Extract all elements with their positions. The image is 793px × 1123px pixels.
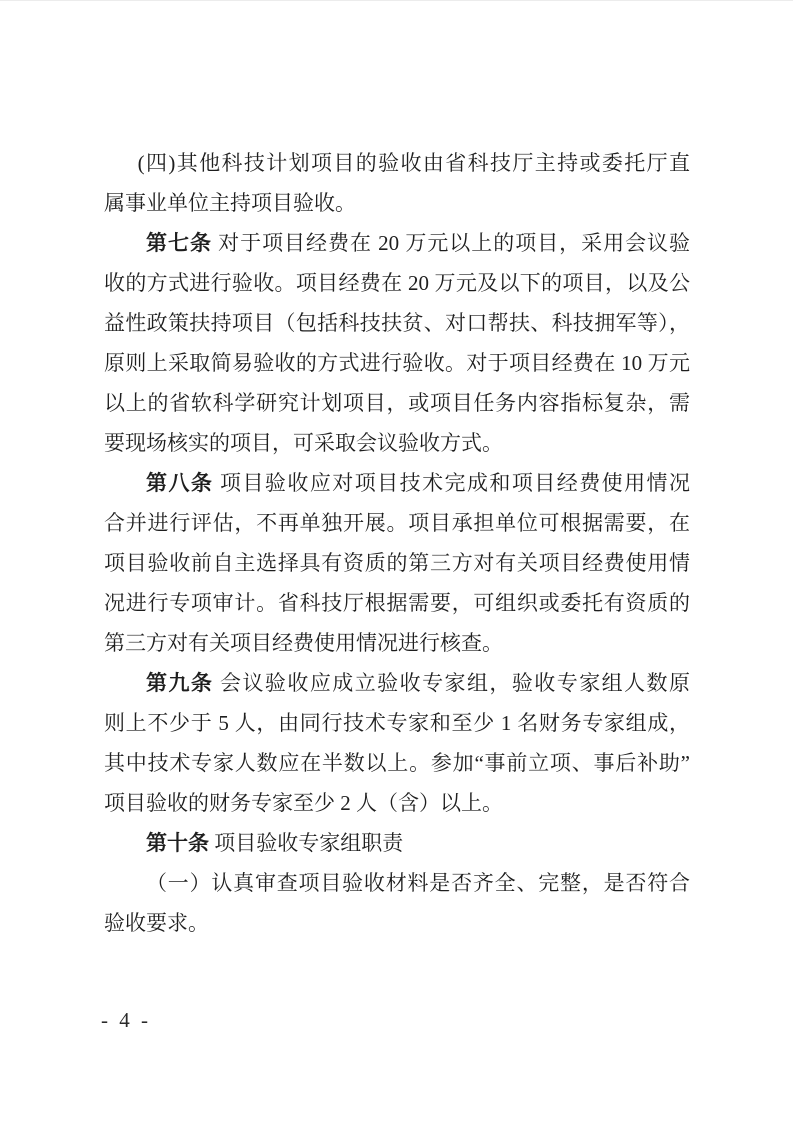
article-heading: 第八条 bbox=[146, 471, 213, 495]
text-line: 项目验收的财务专家至少 2 人（含）以上。 bbox=[104, 783, 690, 823]
text-segment: 其中技术专家人数应在半数以上。参加“事前立项、事后补助” bbox=[104, 751, 690, 775]
article-heading: 第九条 bbox=[146, 671, 213, 695]
text-segment: 况进行专项审计。省科技厅根据需要，可组织或委托有资质的 bbox=[104, 591, 690, 615]
document-body: (四)其他科技计划项目的验收由省科技厅主持或委托厅直属事业单位主持项目验收。第七… bbox=[104, 143, 690, 943]
text-line: 其中技术专家人数应在半数以上。参加“事前立项、事后补助” bbox=[104, 743, 690, 783]
text-segment: 属事业单位主持项目验收。 bbox=[104, 191, 356, 215]
text-line: 况进行专项审计。省科技厅根据需要，可组织或委托有资质的 bbox=[104, 583, 690, 623]
text-line: 合并进行评估，不再单独开展。项目承担单位可根据需要，在 bbox=[104, 503, 690, 543]
text-line: （一）认真审查项目验收材料是否齐全、完整，是否符合 bbox=[104, 863, 690, 903]
text-segment: (四)其他科技计划项目的验收由省科技厅主持或委托厅直 bbox=[138, 151, 690, 175]
text-segment: 则上不少于 5 人，由同行技术专家和至少 1 名财务专家组成， bbox=[104, 711, 690, 735]
text-segment: 以上的省软科学研究计划项目，或项目任务内容指标复杂，需 bbox=[104, 391, 690, 415]
text-line: 原则上采取简易验收的方式进行验收。对于项目经费在 10 万元 bbox=[104, 343, 690, 383]
text-line: 第三方对有关项目经费使用情况进行核查。 bbox=[104, 623, 690, 663]
text-segment: 第三方对有关项目经费使用情况进行核查。 bbox=[104, 631, 503, 655]
text-segment: 会议验收应成立验收专家组，验收专家组人数原 bbox=[213, 671, 690, 695]
text-line: 第九条 会议验收应成立验收专家组，验收专家组人数原 bbox=[104, 663, 690, 703]
text-line: 项目验收前自主选择具有资质的第三方对有关项目经费使用情 bbox=[104, 543, 690, 583]
text-line: 第七条 对于项目经费在 20 万元以上的项目，采用会议验 bbox=[104, 223, 690, 263]
text-segment: 对于项目经费在 20 万元以上的项目，采用会议验 bbox=[212, 231, 690, 255]
text-segment: 原则上采取简易验收的方式进行验收。对于项目经费在 10 万元 bbox=[104, 351, 690, 375]
text-line: 则上不少于 5 人，由同行技术专家和至少 1 名财务专家组成， bbox=[104, 703, 690, 743]
text-segment: 项目验收的财务专家至少 2 人（含）以上。 bbox=[104, 791, 503, 815]
text-line: 验收要求。 bbox=[104, 903, 690, 943]
text-line: 属事业单位主持项目验收。 bbox=[104, 183, 690, 223]
text-segment: 项目验收专家组职责 bbox=[209, 831, 403, 855]
text-segment: 收的方式进行验收。项目经费在 20 万元及以下的项目，以及公 bbox=[104, 271, 690, 295]
page-number: - 4 - bbox=[101, 1000, 151, 1040]
text-line: 第八条 项目验收应对项目技术完成和项目经费使用情况 bbox=[104, 463, 690, 503]
text-segment: 要现场核实的项目，可采取会议验收方式。 bbox=[104, 431, 503, 455]
text-line: 益性政策扶持项目（包括科技扶贫、对口帮扶、科技拥军等）， bbox=[104, 303, 690, 343]
text-segment: 验收要求。 bbox=[104, 911, 209, 935]
text-segment: 合并进行评估，不再单独开展。项目承担单位可根据需要，在 bbox=[104, 511, 690, 535]
text-segment: （一）认真审查项目验收材料是否齐全、完整，是否符合 bbox=[146, 871, 690, 895]
article-heading: 第十条 bbox=[146, 831, 209, 855]
text-segment: 项目验收应对项目技术完成和项目经费使用情况 bbox=[213, 471, 690, 495]
text-line: 要现场核实的项目，可采取会议验收方式。 bbox=[104, 423, 690, 463]
text-line: 第十条 项目验收专家组职责 bbox=[104, 823, 690, 863]
text-line: 以上的省软科学研究计划项目，或项目任务内容指标复杂，需 bbox=[104, 383, 690, 423]
text-line: 收的方式进行验收。项目经费在 20 万元及以下的项目，以及公 bbox=[104, 263, 690, 303]
text-segment: 项目验收前自主选择具有资质的第三方对有关项目经费使用情 bbox=[104, 551, 690, 575]
document-page: (四)其他科技计划项目的验收由省科技厅主持或委托厅直属事业单位主持项目验收。第七… bbox=[0, 0, 793, 1123]
article-heading: 第七条 bbox=[146, 231, 212, 255]
text-segment: 益性政策扶持项目（包括科技扶贫、对口帮扶、科技拥军等）， bbox=[104, 311, 690, 335]
text-line: (四)其他科技计划项目的验收由省科技厅主持或委托厅直 bbox=[104, 143, 690, 183]
